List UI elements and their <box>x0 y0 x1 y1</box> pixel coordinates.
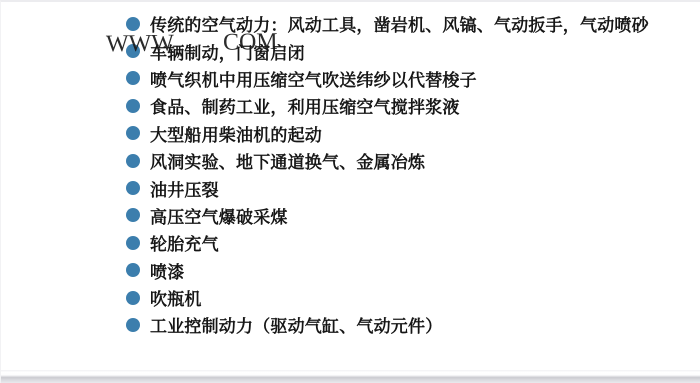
bullet-icon <box>126 291 140 305</box>
list-item: 车辆制动，门窗启闭 <box>126 37 649 64</box>
list-item-text: 食品、制药工业，利用压缩空气搅拌浆液 <box>150 93 460 118</box>
bottom-divider-bar <box>1 370 700 383</box>
slide: 传统的空气动力：风动工具，凿岩机、风镐、气动扳手，气动喷砂车辆制动，门窗启闭喷气… <box>0 0 700 383</box>
list-item: 吹瓶机 <box>126 284 649 311</box>
list-item-text: 车辆制动，门窗启闭 <box>150 39 305 64</box>
list-item-text: 吹瓶机 <box>150 285 202 310</box>
list-item: 喷漆 <box>126 257 649 284</box>
list-item-text: 喷气织机中用压缩空气吹送纬纱以代替梭子 <box>150 66 477 91</box>
list-item: 工业控制动力（驱动气缸、气动元件） <box>126 311 649 338</box>
bullet-icon <box>126 154 140 168</box>
list-item: 油井压裂 <box>126 174 649 201</box>
bullet-icon <box>126 44 140 58</box>
list-item: 风洞实验、地下通道换气、金属冶炼 <box>126 147 649 174</box>
list-item: 大型船用柴油机的起动 <box>126 120 649 147</box>
bullet-icon <box>126 318 140 332</box>
list-item-text: 工业控制动力（驱动气缸、气动元件） <box>150 312 442 337</box>
bullet-icon <box>126 126 140 140</box>
list-item: 轮胎充气 <box>126 229 649 256</box>
bullet-icon <box>126 181 140 195</box>
bullet-icon <box>126 208 140 222</box>
list-item: 传统的空气动力：风动工具，凿岩机、风镐、气动扳手，气动喷砂 <box>126 10 649 37</box>
bullet-icon <box>126 99 140 113</box>
bullet-icon <box>126 71 140 85</box>
bullet-icon <box>126 17 140 31</box>
list-item-text: 油井压裂 <box>150 176 219 201</box>
list-item-text: 高压空气爆破采煤 <box>150 203 288 228</box>
list-item-text: 大型船用柴油机的起动 <box>150 121 322 146</box>
list-item-text: 传统的空气动力：风动工具，凿岩机、风镐、气动扳手，气动喷砂 <box>150 11 649 36</box>
bullet-list: 传统的空气动力：风动工具，凿岩机、风镐、气动扳手，气动喷砂车辆制动，门窗启闭喷气… <box>126 10 649 339</box>
list-item-text: 风洞实验、地下通道换气、金属冶炼 <box>150 148 425 173</box>
list-item: 高压空气爆破采煤 <box>126 202 649 229</box>
list-item-text: 喷漆 <box>150 258 184 283</box>
list-item: 喷气织机中用压缩空气吹送纬纱以代替梭子 <box>126 65 649 92</box>
bullet-icon <box>126 236 140 250</box>
bullet-icon <box>126 263 140 277</box>
list-item: 食品、制药工业，利用压缩空气搅拌浆液 <box>126 92 649 119</box>
list-item-text: 轮胎充气 <box>150 230 219 255</box>
